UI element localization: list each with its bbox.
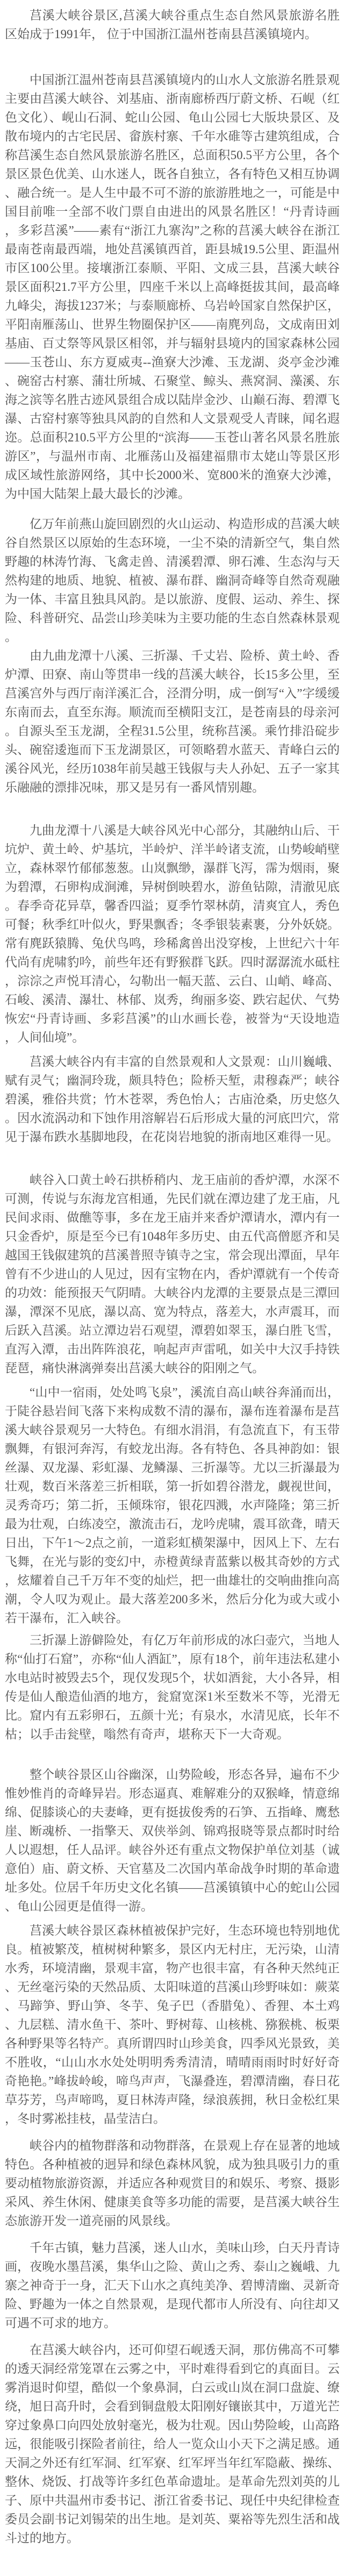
paragraph-4: 由九曲龙潭十八溪、三折瀑、千丈岩、险桥、黄土岭、香炉潭、田寮、南山等贯串一线的莒… bbox=[5, 646, 340, 797]
paragraph-6: 莒溪大峡谷内有丰富的自然景观和人文景观：山川巍峨、赋有灵气；幽洞玲珑，颇具特色；… bbox=[5, 1052, 340, 1146]
paragraph-12: 峡谷内的植物群落和动物群落，在景观上存在显著的地域特色。各种植被的迥异和绿色森林… bbox=[5, 2136, 340, 2230]
paragraph-14: 在莒溪大峡谷内，还可仰望石岘透天洞，那仿佛高不可攀的透天洞经常笼罩在云雾之中，平… bbox=[5, 2340, 340, 2548]
paragraph-1: 莒溪大峡谷景区,莒溪大峡谷重点生态自然风景旅游名胜区始成于1991年， 位于中国… bbox=[5, 6, 340, 44]
document-page: 莒溪大峡谷景区,莒溪大峡谷重点生态自然风景旅游名胜区始成于1991年， 位于中国… bbox=[0, 0, 344, 2559]
paragraph-7: 峡谷入口黄土岭石拱桥稍内、龙王庙前的香炉潭，水深不可测，传说与东海龙宫相通，先民… bbox=[5, 1171, 340, 1378]
paragraph-13: 千年古镇，魅力莒溪，迷人山水，美味山珍，白天丹青诗画，夜晚水墨莒溪，集华山之险、… bbox=[5, 2238, 340, 2332]
paragraph-10: 整个峡谷景区山谷幽深，山势险峻，形态各异，遍布不少惟妙惟肖的奇峰异岩。形态逼真、… bbox=[5, 1765, 340, 1916]
paragraph-8: “山中一宿雨，处处鸣飞泉”，溪流自高山峡谷奔涌而出，于陡谷悬岩间飞落下来构成数不… bbox=[5, 1383, 340, 1628]
paragraph-3: 亿万年前燕山旋回剧烈的火山运动、构造形成的莒溪大峡谷自然景区以原始的生态环境，一… bbox=[5, 515, 340, 646]
paragraph-9: 三折瀑上游僻险处，有亿万年前形成的冰臼壶穴，当地人称“仙打石窟”，亦称“仙人酒缸… bbox=[5, 1631, 340, 1744]
paragraph-11: 莒溪大峡谷景区森林植被保护完好，生态环境也特别地优良。植被繁茂，植树树种繁多，景… bbox=[5, 1921, 340, 2128]
paragraph-2: 中国浙江温州苍南县莒溪镇境内的山水人文旅游名胜景观主要由莒溪大峡谷、刘基庙、浙南… bbox=[5, 70, 340, 503]
paragraph-5: 九曲龙潭十八溪是大峡谷风光中心部分，其融纳山后、干坑炉、黄土岭、炉基坑，半岭炉、… bbox=[5, 821, 340, 1047]
